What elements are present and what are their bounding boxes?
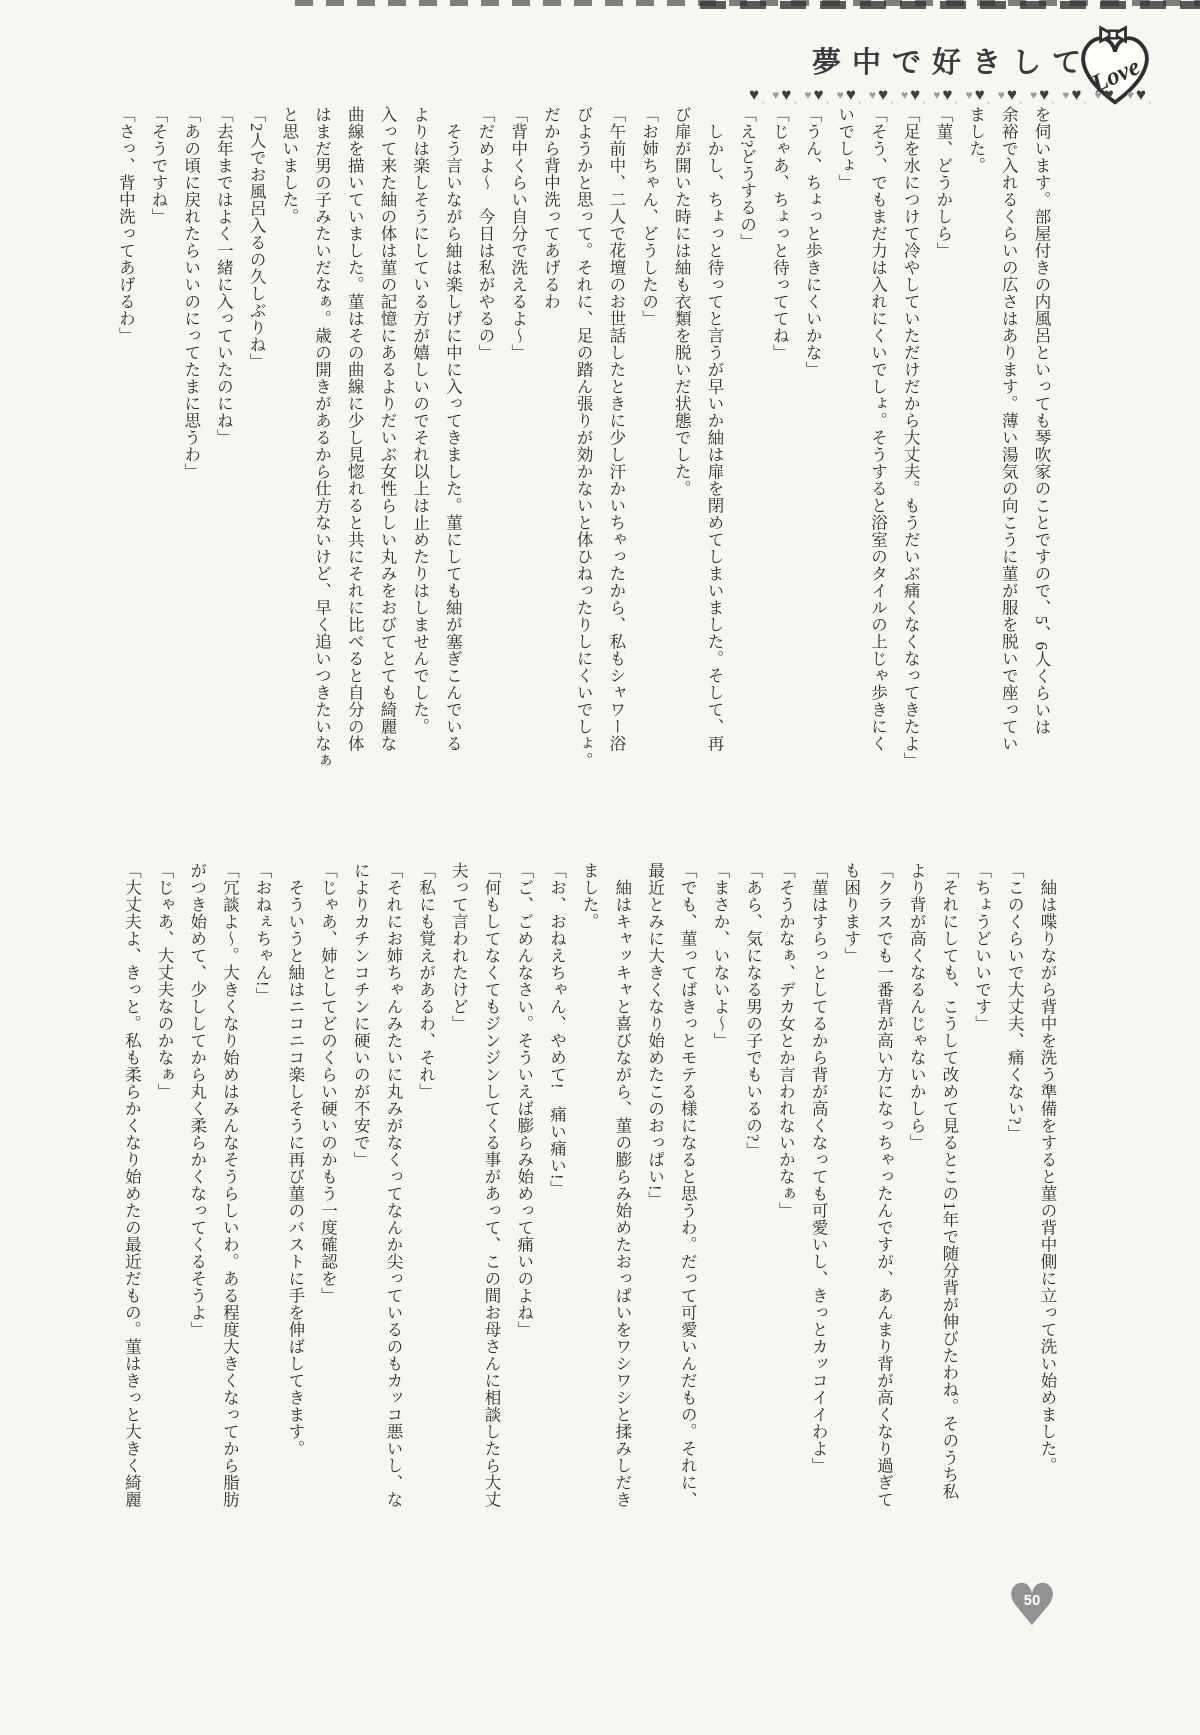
heart-icon: ♥ <box>781 85 791 105</box>
heart-icon: ♥ <box>942 85 952 105</box>
text-column: 「ご、ごめんなさい。そういえば膨らみ始めって痛いのよね」 <box>507 862 540 1562</box>
text-column: 「午前中、二人で花壇のお世話したときに少し汗かいちゃったから、私もシャワー浴 <box>599 106 632 798</box>
document-page: 夢中で好きして Love ♥、♥♥、♥♥、♥♥、♥♥、♥♥、♥♥、♥♥、♥♥、♥… <box>0 0 1200 1735</box>
tick-mark: 、 <box>858 93 867 106</box>
heart-icon: ♥ <box>772 85 779 105</box>
text-column: 「菫はすらっとしてるから背が高くなっても可愛いし、きっとカッコイイわよ」 <box>801 862 834 1562</box>
text-column: 入って来た紬の体は菫の記憶にあるよりだいぶ女性らしい丸みをおびてとても綺麗な <box>370 106 403 798</box>
text-column: 曲線を描いていました。菫はその曲線に少し見惚れると共にそれに比べると自分の体 <box>338 106 371 798</box>
text-column: 「じゃあ、大丈夫なのかなぁ」 <box>147 862 180 1562</box>
text-column: 「じゃあ、姉としてどのくらい硬いのかもう一度確認を」 <box>311 862 344 1562</box>
heart-icon: ♥ <box>804 85 811 105</box>
text-column: 「菫、どうかしら」 <box>926 106 959 798</box>
scan-artifact <box>700 1 1200 9</box>
text-column: しかし、ちょっと待ってと言うが早いか紬は扉を閉めてしまいました。そして、再 <box>697 106 730 798</box>
text-column: びようかと思って。それに、足の踏ん張りが効かないと体ひねったりしにくいでしょ。 <box>566 106 599 798</box>
tick-mark: 、 <box>1148 93 1157 106</box>
heart-icon: ♥ <box>975 85 985 105</box>
text-column: 「背中くらい自分で洗えるよ〜」 <box>501 106 534 798</box>
heart-icon: ♥ <box>1136 85 1146 105</box>
text-column: ました。 <box>959 106 992 798</box>
text-column: 「おねぇちゃん!」 <box>245 862 278 1562</box>
text-column: 紬はキャッキャと喜びながら、菫の膨らみ始めたおっぱいをワシワシと揉みしだき <box>605 862 638 1562</box>
text-column: 「ちょうどいいです」 <box>965 862 998 1562</box>
heart-icon: ♥ <box>1030 85 1037 105</box>
heart-icon: ♥ <box>749 85 759 105</box>
text-column: び扉が開いた時には紬も衣類を脱いだ状態でした。 <box>665 106 698 798</box>
bottom-text-block: 紬は喋りながら背中を洗う準備をすると菫の背中側に立って洗い始めました。「このくら… <box>111 862 1063 1562</box>
text-column: 「それにお姉ちゃんみたいに丸みがなくってなんか尖っているのもカッコ悪いし、な <box>376 862 409 1562</box>
heart-icon: ♥ <box>1007 85 1017 105</box>
heart-icon: ♥ <box>1094 85 1101 105</box>
tick-mark: 、 <box>1019 93 1028 106</box>
heart-icon: ♥ <box>1104 85 1114 105</box>
heart-icon: ♥ <box>933 85 940 105</box>
tick-mark: 、 <box>987 93 996 106</box>
top-text-block: を伺います。部屋付きの内風呂といっても琴吹家のことですので、5、6人くらいは余裕… <box>107 106 1057 798</box>
text-column: 夫って言われたけど」 <box>442 862 475 1562</box>
text-column: そう言いながら紬は楽しげに中に入ってきました。菫にしても紬が塞ぎこんでいる <box>436 106 469 798</box>
heart-icon: ♥ <box>869 85 876 105</box>
text-column: 「このくらいで大丈夫、痛くない?」 <box>998 862 1031 1562</box>
text-column: 「去年まではよく一緒に入っていたのにね」 <box>207 106 240 798</box>
text-column: 「それにしても、こうして改めて見るとこの1年で随分背が伸びたわね。そのうち私 <box>932 862 965 1562</box>
tick-mark: 、 <box>826 93 835 106</box>
tick-mark: 、 <box>922 93 931 106</box>
heart-icon: ♥ <box>998 85 1005 105</box>
text-column: 「うん、ちょっと歩きにくいかな」 <box>795 106 828 798</box>
text-column: ました。 <box>572 862 605 1562</box>
text-column: 「私にも覚えがあるわ、それ」 <box>409 862 442 1562</box>
text-column: 「あら、気になる男の子でもいるの?」 <box>736 862 769 1562</box>
text-column: だから背中洗ってあげるわ <box>534 106 567 798</box>
text-column: 余裕で入れるくらいの広さはあります。薄い湯気の向こうに菫が服を脱いで座ってい <box>992 106 1025 798</box>
heart-icon: ♥ <box>901 85 908 105</box>
heart-icon: ♥ <box>966 85 973 105</box>
tick-mark: 、 <box>955 93 964 106</box>
heart-icon: ♥ <box>813 85 823 105</box>
text-column: によりカチンコチンに硬いのが不安で」 <box>344 862 377 1562</box>
text-column: 「じゃあ、ちょっと待っててね」 <box>763 106 796 798</box>
text-column: 「そうですね」 <box>141 106 174 798</box>
text-column: より背が高くなるんじゃないかしら」 <box>899 862 932 1562</box>
page-number-badge: ♥ 50 <box>1000 1576 1064 1638</box>
tick-mark: 、 <box>1116 93 1125 106</box>
tick-mark: 、 <box>761 93 770 106</box>
tick-mark: 、 <box>1051 93 1060 106</box>
hearts-divider: ♥、♥♥、♥♥、♥♥、♥♥、♥♥、♥♥、♥♥、♥♥、♥♥、♥♥、♥♥、♥♥、 <box>748 84 1153 106</box>
text-column: 「何もしてなくてもジンジンしてくる事があって、この間お母さんに相談したら大丈 <box>474 862 507 1562</box>
text-column: いでしょ」 <box>828 106 861 798</box>
text-column: 「2人でお風呂入るの久しぶりね」 <box>239 106 272 798</box>
text-column: そういうと紬はニコニコ楽しそうに再び菫のバストに手を伸ばしてきます。 <box>278 862 311 1562</box>
heart-icon: ♥ <box>1071 85 1081 105</box>
heart-icon: ♥ <box>837 85 844 105</box>
heart-icon: ♥ <box>910 85 920 105</box>
heart-icon: ♥ <box>1039 85 1049 105</box>
text-column: 「足を水につけて冷やしていただけだから大丈夫。もうだいぶ痛くなくなってきたよ」 <box>893 106 926 798</box>
heart-icon: ♥ <box>1127 85 1134 105</box>
text-column: 「冗談よ〜。大きくなり始めはみんなそうらしいわ。ある程度大きくなってから脂肪 <box>213 862 246 1562</box>
page-title: 夢中で好きして <box>812 40 1092 81</box>
text-column: 「でも、菫ってばきっとモテる様になると思うわ。だって可愛いんだもの。それに、 <box>671 862 704 1562</box>
text-column: を伺います。部屋付きの内風呂といっても琴吹家のことですので、5、6人くらいは <box>1024 106 1057 798</box>
text-column: 「さっ、背中洗ってあげるわ」 <box>109 106 142 798</box>
text-column: 「そうかなぁ、デカ女とか言われないかなぁ」 <box>769 862 802 1562</box>
text-column: はまだ男の子みたいだなぁ。歳の開きがあるから仕方ないけど、早く追いつきたいなぁ <box>305 106 338 798</box>
text-column: と思いました。 <box>272 106 305 798</box>
tick-mark: 、 <box>793 93 802 106</box>
text-column: 「だめよ〜 今日は私がやるの」 <box>468 106 501 798</box>
page-number: 50 <box>1000 1592 1064 1609</box>
text-column: 「お姉ちゃん、どうしたの」 <box>632 106 665 798</box>
heart-icon: ♥ <box>878 85 888 105</box>
text-column: 最近とみに大きくなり始めたこのおっぱい!」 <box>638 862 671 1562</box>
text-column: 紬は喋りながら背中を洗う準備をすると菫の背中側に立って洗い始めました。 <box>1030 862 1063 1562</box>
text-column: がつき始めて、少ししてから丸く柔らかくなってくるそうよ」 <box>180 862 213 1562</box>
text-column: 「そう、でもまだ力は入れにくいでしょ。そうすると浴室のタイルの上じゃ歩きにく <box>861 106 894 798</box>
text-column: 「お、おねえちゃん、やめて! 痛い痛い!」 <box>540 862 573 1562</box>
text-column: よりは楽しそうにしている方が嬉しいのでそれ以上は止めたりはしませんでした。 <box>403 106 436 798</box>
text-column: 「まさか、いないよ〜」 <box>703 862 736 1562</box>
text-column: 「え?どうするの」 <box>730 106 763 798</box>
heart-icon: ♥ <box>846 85 856 105</box>
heart-icon: ♥ <box>1062 85 1069 105</box>
text-column: 「あの頃に戻れたらいいのにってたまに思うわ」 <box>174 106 207 798</box>
text-column: も困ります」 <box>834 862 867 1562</box>
tick-mark: 、 <box>1083 93 1092 106</box>
text-column: 「大丈夫よ、きっと。私も柔らかくなり始めたの最近だもの。菫はきっと大きく綺麗 <box>115 862 148 1562</box>
tick-mark: 、 <box>890 93 899 106</box>
text-column: 「クラスでも一番背が高い方になっちゃったんですが、あんまり背が高くなり過ぎて <box>867 862 900 1562</box>
